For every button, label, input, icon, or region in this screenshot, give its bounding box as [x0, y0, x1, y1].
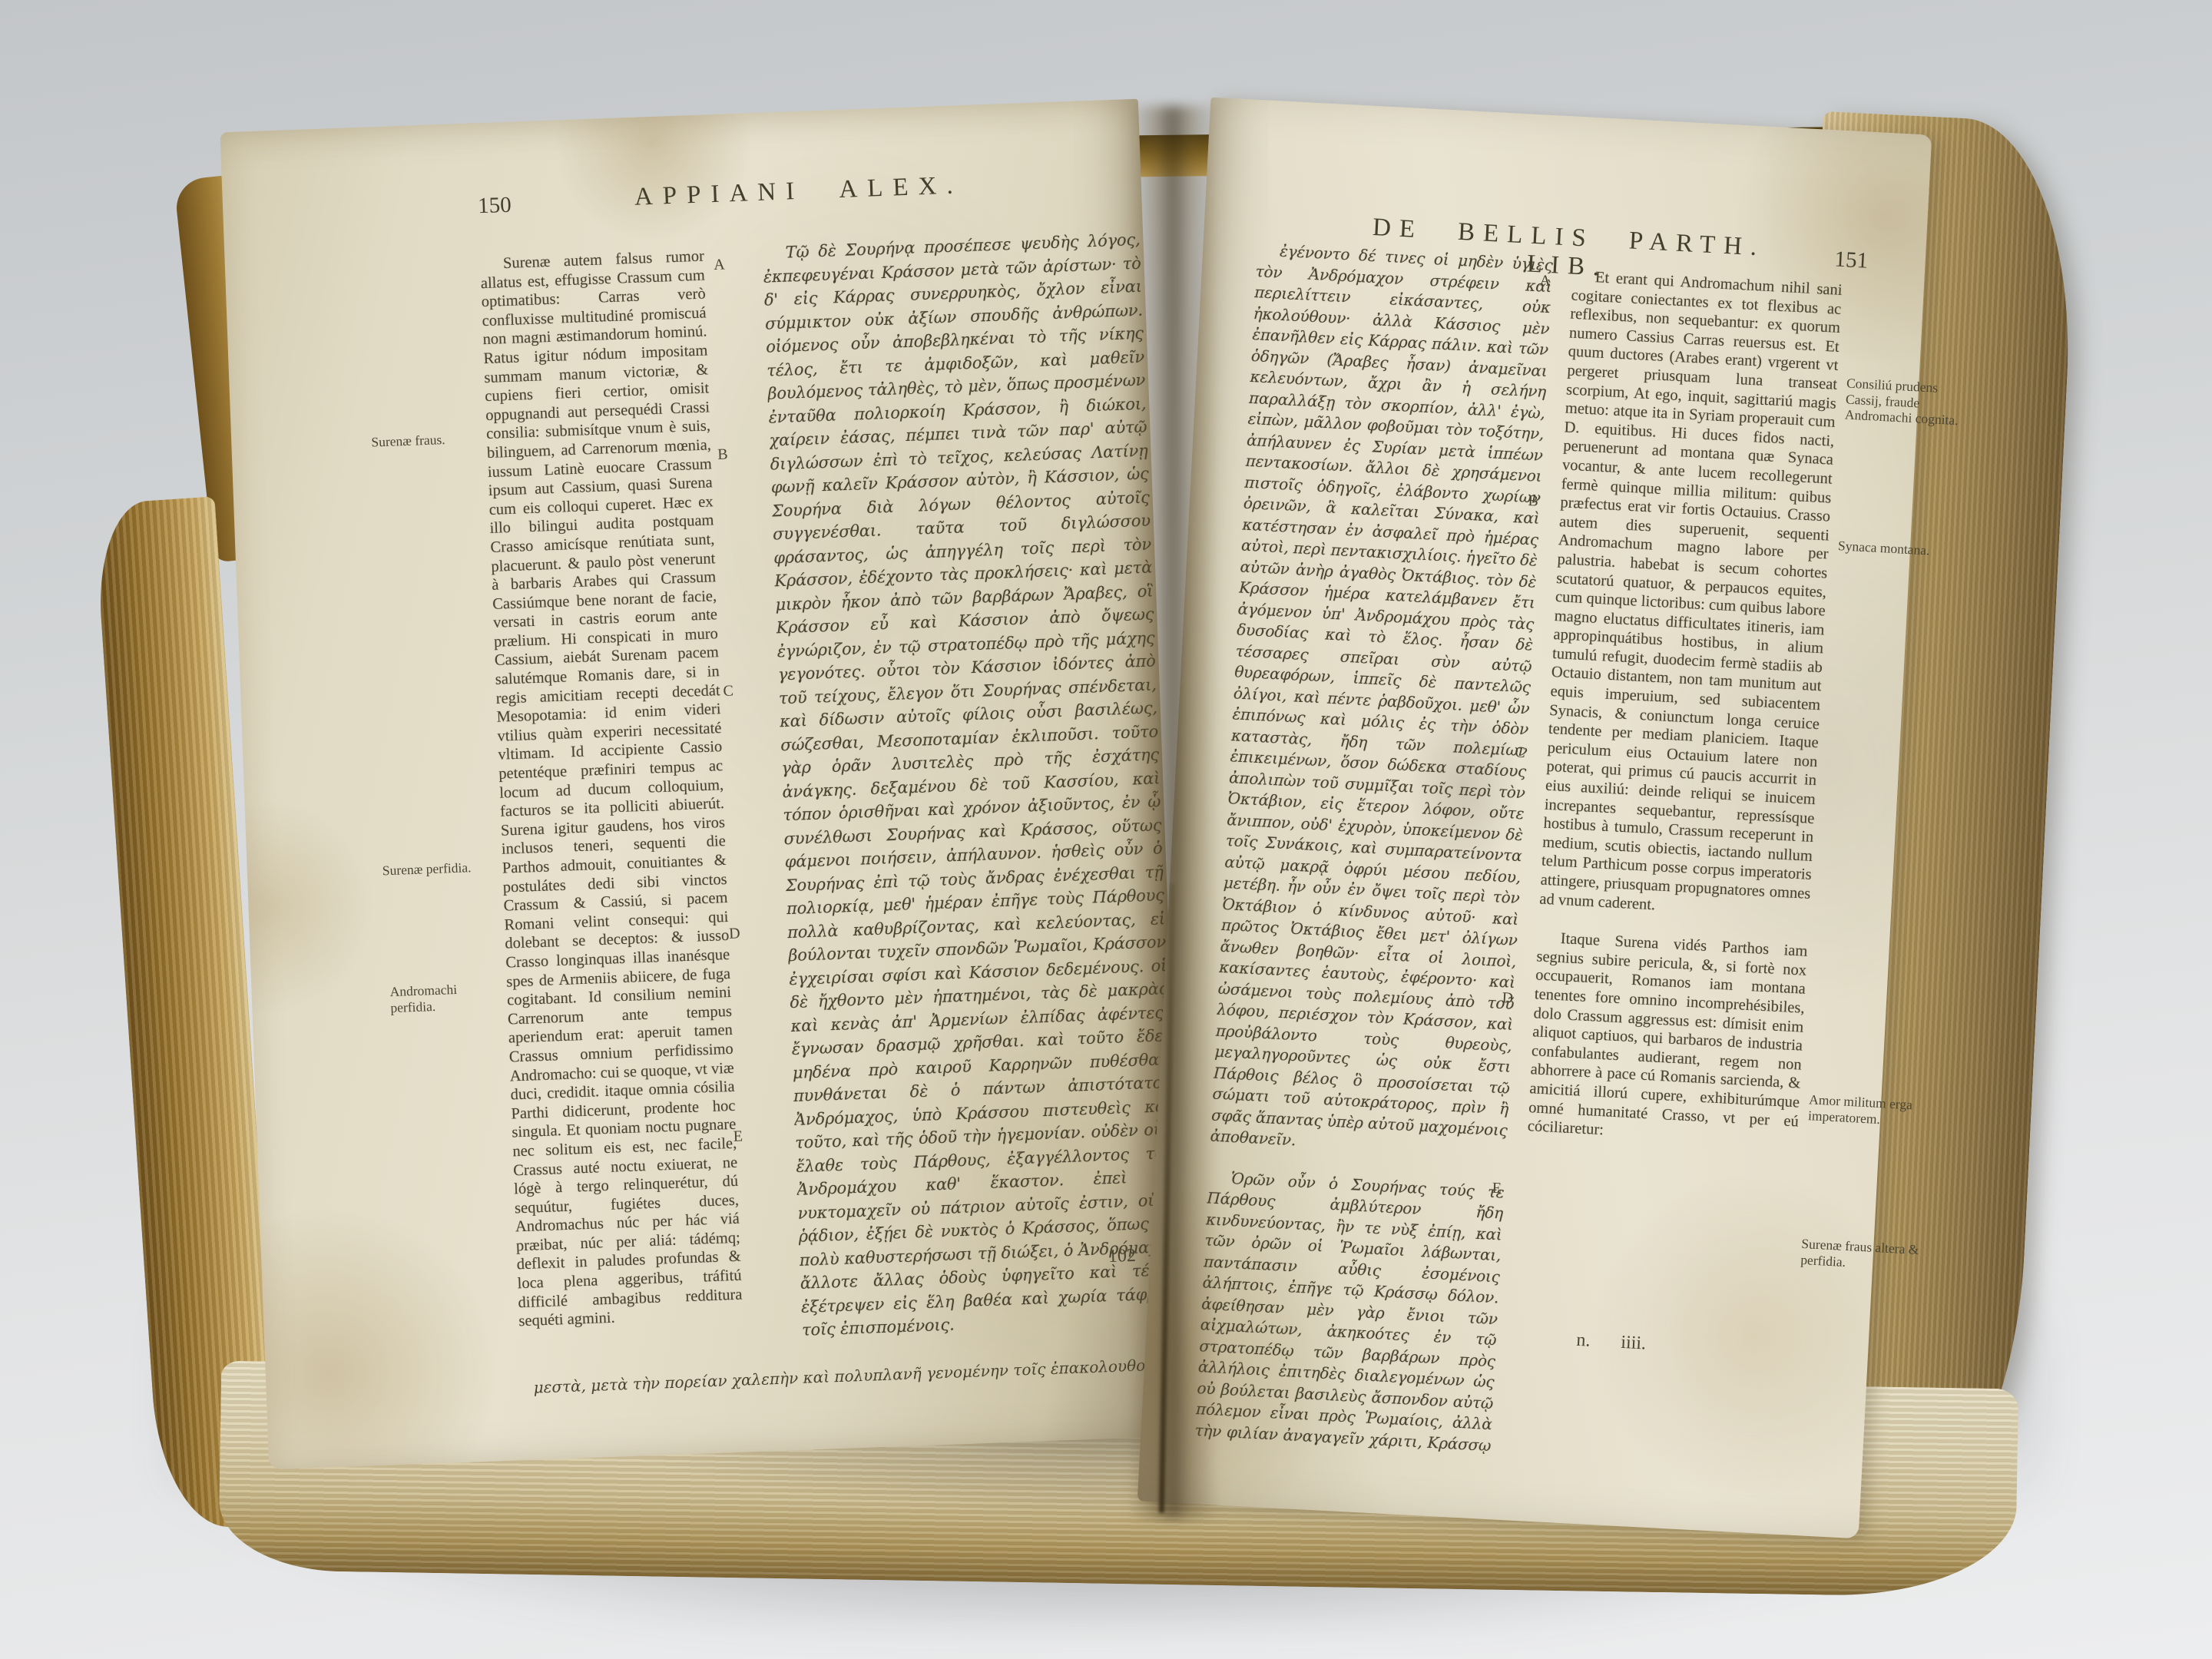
- greek-column-left: Τῷ δὲ Σουρήνᾳ προσέπεσε ψευδὴς λόγος, ἐκ…: [762, 228, 1181, 1376]
- section-letter-d-right: D: [1502, 989, 1514, 1008]
- photo-of-open-antique-book: 150 APPIANI ALEX. Surenæ fraus. Surenæ p…: [0, 0, 2212, 1659]
- section-letter-d-left: D: [729, 925, 740, 943]
- greek-column-right: ἐγένοντο δέ τινες οἱ μηδὲν ὑγιὲς τὸν Ἀνδ…: [1194, 240, 1553, 1456]
- margin-note-surenae-fraus: Surenæ fraus.: [371, 430, 487, 450]
- section-letter-b-left: B: [717, 446, 728, 464]
- margin-note-andromachi-perfidia: Andromachi perfidia.: [389, 980, 505, 1015]
- section-letter-c-left: C: [723, 682, 733, 700]
- margin-note-surenae-perfidia: Surenæ perfidia.: [382, 859, 498, 879]
- page-number-right: 151: [1834, 247, 1869, 273]
- margin-note-surenae-fraus-altera: Surenæ fraus altera & perfidia.: [1800, 1236, 1922, 1273]
- section-letter-a-right: A: [1539, 272, 1551, 290]
- margin-note-amor-militum: Amor militum erga imperatorem.: [1808, 1091, 1929, 1129]
- latin-column-right: Et erant qui Andromachum nihil sani cogi…: [1514, 267, 1843, 1402]
- section-letter-e-right: E: [1492, 1180, 1502, 1198]
- gutter-shadow: [1128, 106, 1218, 1519]
- section-letter-c-right: C: [1515, 744, 1526, 763]
- latin-column-left: Surenæ autem falsus rumor allatus est, e…: [480, 247, 746, 1384]
- section-letter-e-left: E: [733, 1128, 743, 1145]
- left-page: 150 APPIANI ALEX. Surenæ fraus. Surenæ p…: [220, 99, 1187, 1470]
- section-letter-a-left: A: [714, 257, 725, 275]
- running-title-left: APPIANI ALEX.: [529, 167, 1068, 216]
- margin-note-consilium-cassii: Consiliú prudens Cassij, fraude Andromac…: [1845, 375, 1967, 429]
- page-number-left: 150: [478, 193, 512, 220]
- right-page: DE BELLIS PARTH. LIB. 151 ἐγένοντο δέ τι…: [1137, 98, 1932, 1539]
- signature-mark: n. iiii.: [1576, 1330, 1647, 1355]
- section-letter-b-right: B: [1528, 492, 1539, 511]
